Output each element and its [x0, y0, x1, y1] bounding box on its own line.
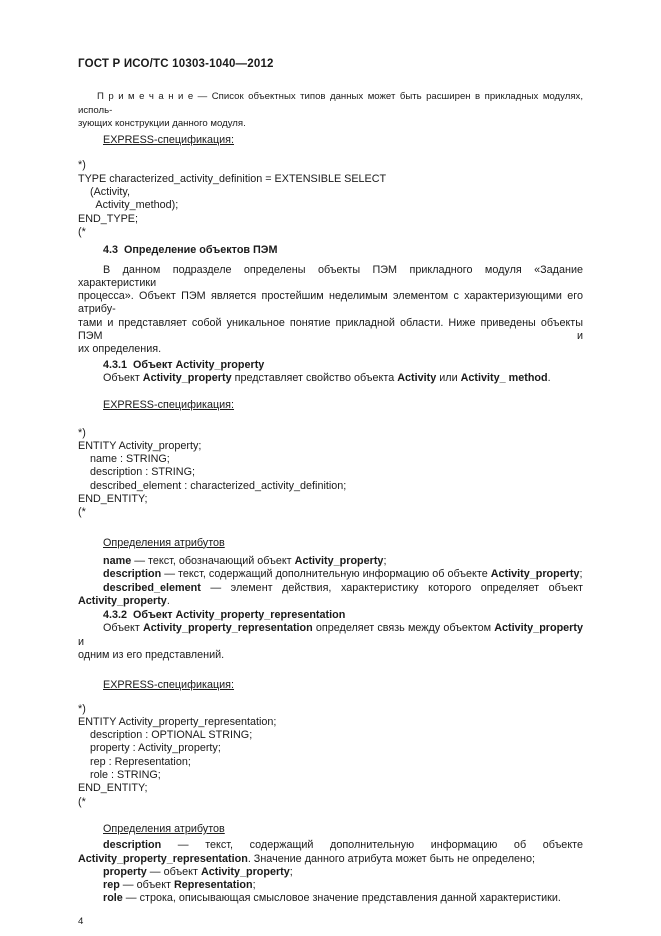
section-4-3-1-heading: 4.3.1 Объект Activity_property [78, 359, 583, 372]
document-page: ГОСТ Р ИСО/ТС 10303-1040—2012 П р и м е … [0, 0, 661, 936]
attr-def-described-element: described_element — элемент действия, ха… [78, 582, 583, 595]
document-title: ГОСТ Р ИСО/ТС 10303-1040—2012 [78, 58, 583, 71]
attr-def-description-continuation: Activity_property_representation. Значен… [78, 853, 583, 866]
express-code-characterized-activity-definition: *) TYPE characterized_activity_definitio… [78, 159, 583, 239]
express-spec-label: EXPRESS-спецификация: [78, 399, 583, 412]
express-code-activity-property: *) ENTITY Activity_property; name : STRI… [78, 427, 583, 520]
text-line: Объект Activity_property_representation … [78, 622, 583, 649]
attribute-definitions-label: Определения атрибутов [78, 823, 583, 836]
express-spec-label: EXPRESS-спецификация: [78, 134, 583, 147]
section-4-3-1-intro: Объект Activity_property представляет св… [78, 372, 583, 385]
attr-def-description: description — текст, содержащий дополнит… [78, 568, 583, 581]
text-line: одним из его представлений. [78, 649, 583, 662]
section-4-3-2-intro: Объект Activity_property_representation … [78, 622, 583, 662]
attr-def-role: role — строка, описывающая смысловое зна… [78, 892, 583, 905]
section-4-3-paragraph: В данном подразделе определены объекты П… [78, 264, 583, 357]
page-number: 4 [78, 915, 583, 928]
express-spec-label: EXPRESS-спецификация: [78, 679, 583, 692]
attribute-definitions-label: Определения атрибутов [78, 537, 583, 550]
section-4-3-1-attribute-definitions: name — текст, обозначающий объект Activi… [78, 555, 583, 608]
section-4-3-2-heading: 4.3.2 Объект Activity_property_represent… [78, 609, 583, 622]
text-line: их определения. [78, 343, 583, 356]
attr-def-description: description — текст, содержащий дополнит… [78, 839, 583, 852]
express-code-activity-property-representation: *) ENTITY Activity_property_representati… [78, 703, 583, 809]
note-line: П р и м е ч а н и е — Список объектных т… [78, 90, 583, 117]
attr-def-described-element-continuation: Activity_property. [78, 595, 583, 608]
attr-def-property: property — объект Activity_property; [78, 866, 583, 879]
text-line: тами и представляет собой уникальное пон… [78, 317, 583, 344]
note-line: зующих конструкции данного модуля. [78, 117, 583, 130]
section-4-3-heading: 4.3 Определение объектов ПЭМ [78, 244, 583, 257]
attr-def-name: name — текст, обозначающий объект Activi… [78, 555, 583, 568]
attr-def-rep: rep — объект Representation; [78, 879, 583, 892]
text-line: В данном подразделе определены объекты П… [78, 264, 583, 291]
note-paragraph: П р и м е ч а н и е — Список объектных т… [78, 90, 583, 130]
text-line: процесса». Объект ПЭМ является простейши… [78, 290, 583, 317]
section-4-3-2-attribute-definitions: description — текст, содержащий дополнит… [78, 839, 583, 905]
